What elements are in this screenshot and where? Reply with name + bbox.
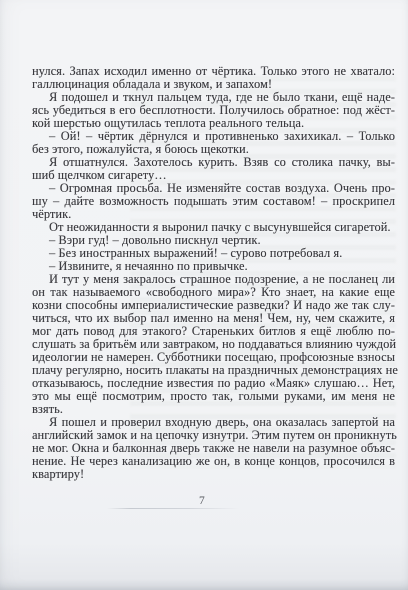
text-line: это мы ещё посмотрим, просто так, голыми…	[32, 390, 395, 403]
page-number: 7	[0, 495, 404, 507]
book-page: нулся. Запах исходил именно от чёртика. …	[0, 0, 408, 590]
text-block: нулся. Запах исходил именно от чёртика. …	[32, 65, 395, 481]
text-line: квартиру!	[32, 468, 395, 481]
text-line: шу – дайте возможность подышать этим сос…	[32, 195, 395, 208]
footer-rule-artifact	[107, 508, 239, 509]
text-line: нение. Не через канализацию же он, в кон…	[32, 455, 395, 468]
